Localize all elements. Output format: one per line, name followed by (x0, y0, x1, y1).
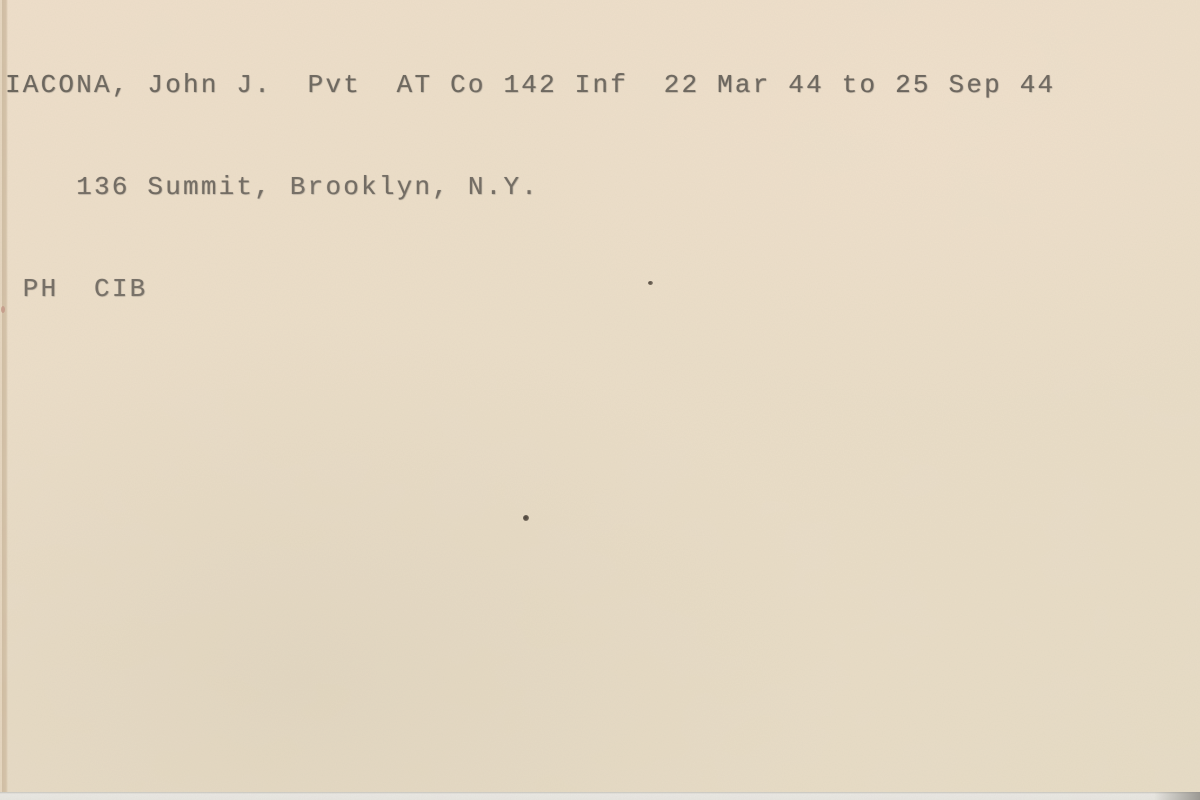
card-left-edge (0, 0, 8, 800)
paper-speck (523, 515, 529, 521)
card-line-address: 136 Summit, Brooklyn, N.Y. (5, 170, 1055, 204)
scanner-edge-corner (1154, 792, 1200, 800)
card-line-awards: PH CIB (5, 272, 1055, 306)
card-line-name-unit-dates: IACONA, John J. Pvt AT Co 142 Inf 22 Mar… (5, 68, 1055, 102)
typed-text-block: IACONA, John J. Pvt AT Co 142 Inf 22 Mar… (5, 0, 1055, 374)
paper-speck (648, 281, 653, 285)
index-card: IACONA, John J. Pvt AT Co 142 Inf 22 Mar… (0, 0, 1200, 800)
scanner-edge-strip (0, 792, 1200, 800)
edge-speck (1, 306, 5, 313)
